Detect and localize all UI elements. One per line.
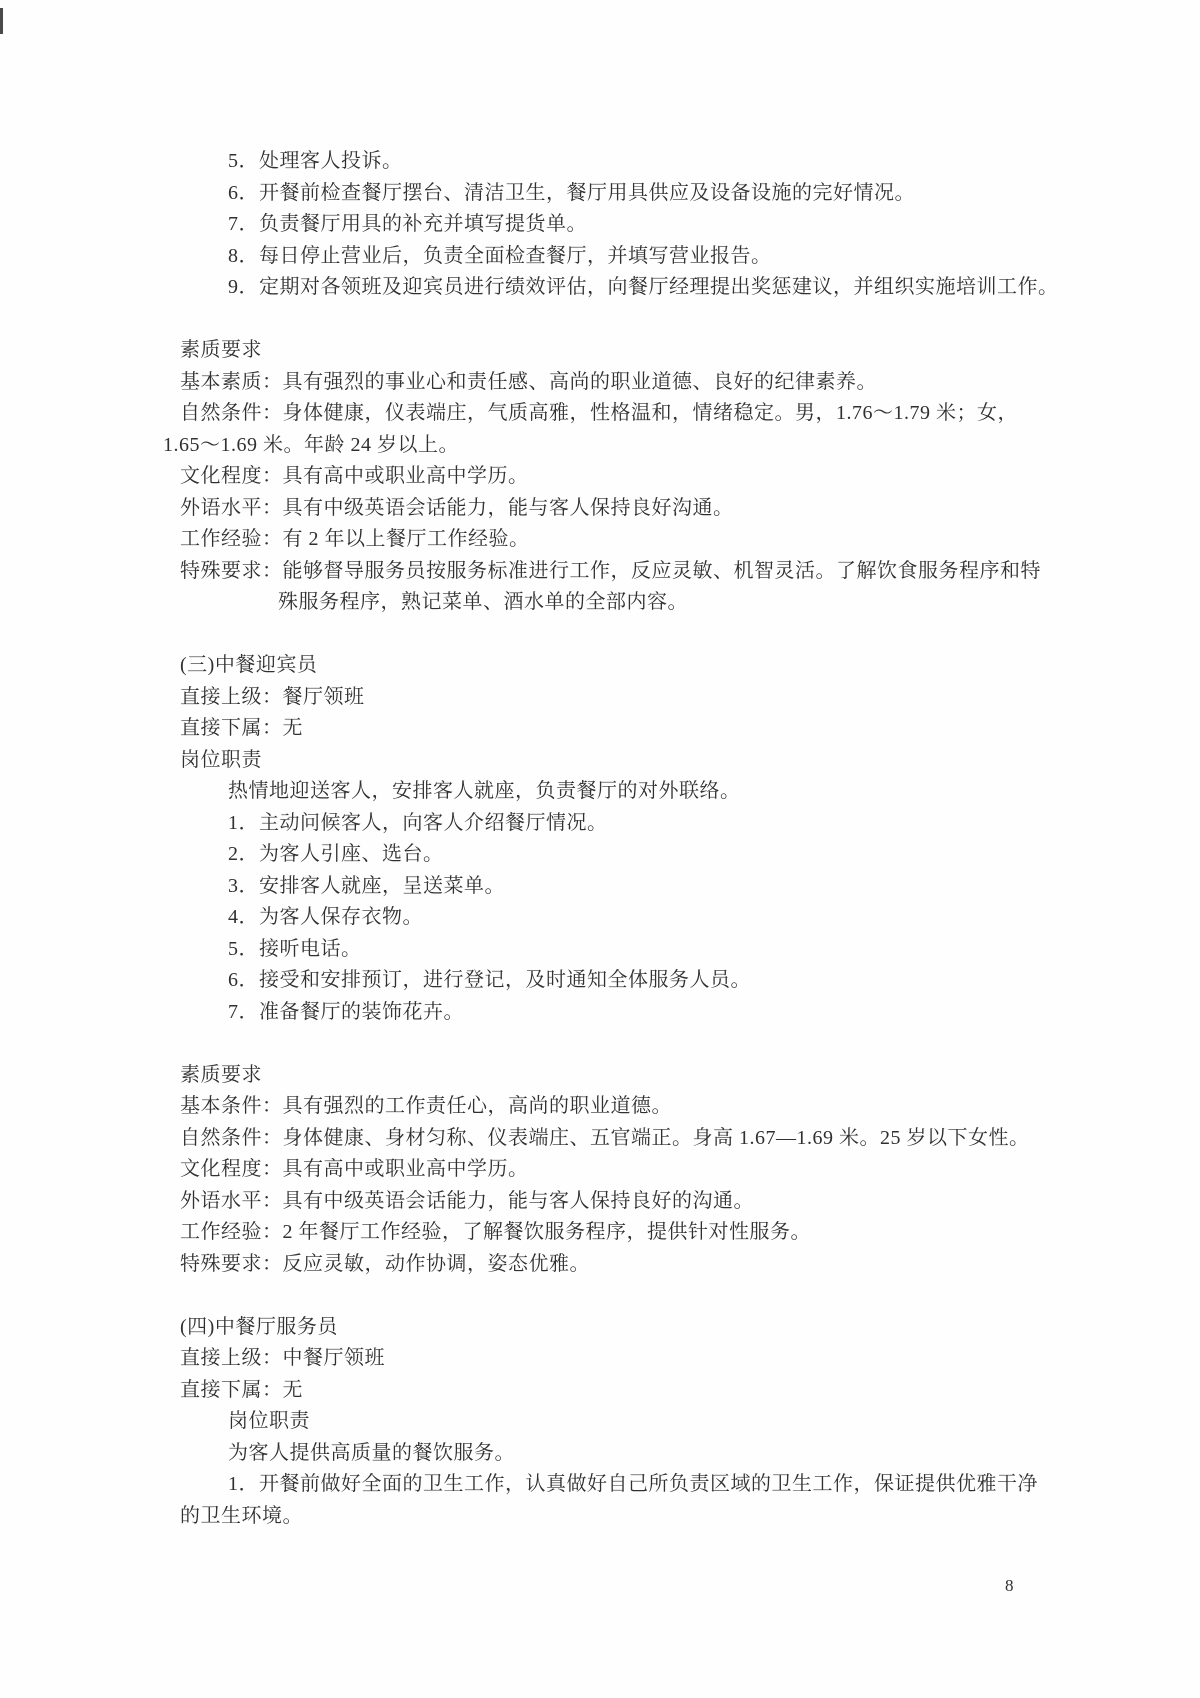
scan-artifact [0, 8, 3, 34]
blank-line [180, 1028, 1120, 1060]
text-line: (四)中餐厅服务员 [180, 1312, 1120, 1344]
text-line: 6．开餐前检查餐厅摆台、清洁卫生，餐厅用具供应及设备设施的完好情况。 [180, 178, 1120, 210]
text-line: 特殊要求：反应灵敏，动作协调，姿态优雅。 [180, 1249, 1120, 1281]
text-line: 1.65～1.69 米。年龄 24 岁以上。 [163, 430, 1120, 462]
text-line: 直接上级：餐厅领班 [180, 682, 1120, 714]
text-line: 直接下属：无 [180, 713, 1120, 745]
page-number: 8 [1005, 1576, 1014, 1596]
text-line: 7．准备餐厅的装饰花卉。 [180, 997, 1120, 1029]
text-line: 外语水平：具有中级英语会话能力，能与客人保持良好沟通。 [180, 493, 1120, 525]
text-line: 4．为客人保存衣物。 [180, 902, 1120, 934]
text-line: 直接上级：中餐厅领班 [180, 1343, 1120, 1375]
document-page: 5．处理客人投诉。6．开餐前检查餐厅摆台、清洁卫生，餐厅用具供应及设备设施的完好… [0, 0, 1200, 1698]
text-line: 外语水平：具有中级英语会话能力，能与客人保持良好的沟通。 [180, 1186, 1120, 1218]
text-line: 8．每日停止营业后，负责全面检查餐厅，并填写营业报告。 [180, 241, 1120, 273]
text-line: 直接下属：无 [180, 1375, 1120, 1407]
text-line: 7．负责餐厅用具的补充并填写提货单。 [180, 209, 1120, 241]
text-line: 岗位职责 [180, 745, 1120, 777]
blank-line [180, 619, 1120, 651]
text-line: 5．接听电话。 [180, 934, 1120, 966]
text-line: 文化程度：具有高中或职业高中学历。 [180, 461, 1120, 493]
text-line: 1．主动问候客人，向客人介绍餐厅情况。 [180, 808, 1120, 840]
text-line: 1．开餐前做好全面的卫生工作，认真做好自己所负责区域的卫生工作，保证提供优雅干净 [180, 1469, 1120, 1501]
text-line: 自然条件：身体健康，仪表端庄，气质高雅，性格温和，情绪稳定。男，1.76～1.7… [180, 398, 1120, 430]
text-line: 素质要求 [180, 1060, 1120, 1092]
text-line: (三)中餐迎宾员 [180, 650, 1120, 682]
text-line: 3．安排客人就座，呈送菜单。 [180, 871, 1120, 903]
text-line: 特殊要求：能够督导服务员按服务标准进行工作，反应灵敏、机智灵活。了解饮食服务程序… [180, 556, 1120, 588]
text-line: 素质要求 [180, 335, 1120, 367]
text-line: 自然条件：身体健康、身材匀称、仪表端庄、五官端正。身高 1.67—1.69 米。… [180, 1123, 1120, 1155]
text-line: 2．为客人引座、选台。 [180, 839, 1120, 871]
text-line: 殊服务程序，熟记菜单、酒水单的全部内容。 [180, 587, 1120, 619]
text-line: 基本素质：具有强烈的事业心和责任感、高尚的职业道德、良好的纪律素养。 [180, 367, 1120, 399]
text-line: 为客人提供高质量的餐饮服务。 [180, 1438, 1120, 1470]
text-line: 基本条件：具有强烈的工作责任心，高尚的职业道德。 [180, 1091, 1120, 1123]
document-body: 5．处理客人投诉。6．开餐前检查餐厅摆台、清洁卫生，餐厅用具供应及设备设施的完好… [180, 146, 1120, 1532]
blank-line [180, 304, 1120, 336]
text-line: 文化程度：具有高中或职业高中学历。 [180, 1154, 1120, 1186]
text-line: 工作经验：2 年餐厅工作经验，了解餐饮服务程序，提供针对性服务。 [180, 1217, 1120, 1249]
text-line: 5．处理客人投诉。 [180, 146, 1120, 178]
text-line: 6．接受和安排预订，进行登记，及时通知全体服务人员。 [180, 965, 1120, 997]
text-line: 工作经验：有 2 年以上餐厅工作经验。 [180, 524, 1120, 556]
text-line: 岗位职责 [180, 1406, 1120, 1438]
blank-line [180, 1280, 1120, 1312]
text-line: 热情地迎送客人，安排客人就座，负责餐厅的对外联络。 [180, 776, 1120, 808]
text-line: 9．定期对各领班及迎宾员进行绩效评估，向餐厅经理提出奖惩建议，并组织实施培训工作… [180, 272, 1120, 304]
text-line: 的卫生环境。 [180, 1501, 1120, 1533]
